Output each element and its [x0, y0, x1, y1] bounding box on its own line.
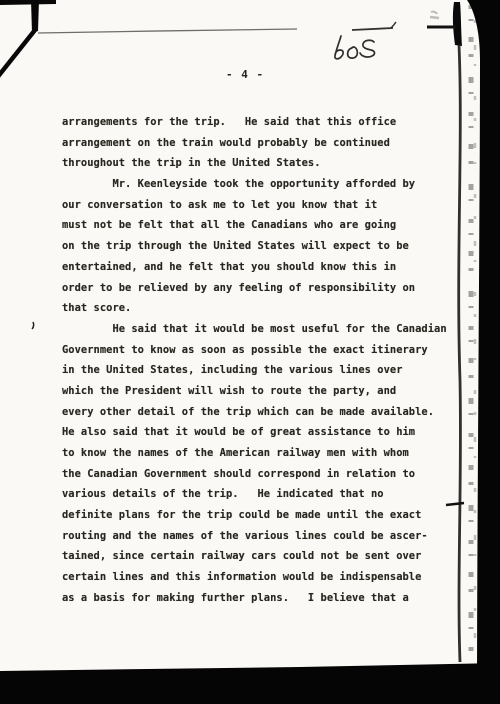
text-line: as a basis for making further plans. I b… — [62, 588, 462, 609]
scanner-black-right-band — [467, 0, 500, 704]
handwritten-annotation — [335, 36, 375, 59]
text-line: on the trip through the United States wi… — [62, 236, 462, 257]
left-margin-mark — [32, 322, 34, 329]
text-line: certain lines and this information would… — [62, 567, 462, 588]
text-line: He also said that it would be of great a… — [62, 422, 462, 443]
text-line: He said that it would be most useful for… — [62, 319, 462, 340]
text-line: must not be felt that all the Canadians … — [62, 215, 462, 236]
text-line: entertained, and he felt that you should… — [62, 257, 462, 278]
text-line: the Canadian Government should correspon… — [62, 464, 462, 485]
top-left-fold-mark — [0, 0, 56, 79]
text-line: arrangement on the train would probably … — [62, 133, 462, 154]
text-line: Mr. Keenleyside took the opportunity aff… — [62, 174, 462, 195]
text-line: various details of the trip. He indicate… — [62, 484, 462, 505]
binding-smudge-strip — [471, 5, 475, 660]
document-text: arrangements for the trip. He said that … — [62, 112, 462, 609]
text-line: every other detail of the trip which can… — [62, 402, 462, 423]
text-line: which the President will wish to route t… — [62, 381, 462, 402]
scanner-black-bottom-band — [0, 663, 500, 704]
text-line: to know the names of the American railwa… — [62, 443, 462, 464]
text-line: in the United States, including the vari… — [62, 360, 462, 381]
top-right-smudge — [430, 12, 439, 18]
text-line: order to be relieved by any feeling of r… — [62, 278, 462, 299]
text-line: our conversation to ask me to let you kn… — [62, 195, 462, 216]
text-line: throughout the trip in the United States… — [62, 153, 462, 174]
text-line: that score. — [62, 298, 462, 319]
page-top-edge-line — [38, 22, 396, 33]
text-line: definite plans for the trip could be mad… — [62, 505, 462, 526]
text-line: Government to know as soon as possible t… — [62, 340, 462, 361]
page-number: - 4 - — [226, 68, 264, 82]
scanned-document-page: - 4 - arrangements for the trip. He said… — [0, 0, 500, 704]
text-line: tained, since certain railway cars could… — [62, 546, 462, 567]
text-line: routing and the names of the various lin… — [62, 526, 462, 547]
text-line: arrangements for the trip. He said that … — [62, 112, 462, 133]
